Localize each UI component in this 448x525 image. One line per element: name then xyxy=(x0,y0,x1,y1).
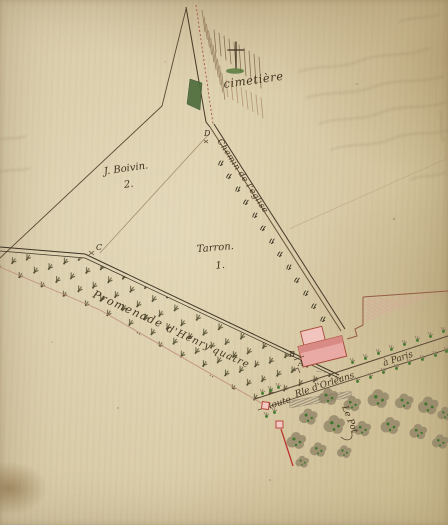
boundary-line-cd xyxy=(100,134,209,253)
upper-roads xyxy=(0,5,213,258)
boundary-stone-1 xyxy=(261,402,269,410)
parcel-1-owner: Tarron. xyxy=(196,241,234,255)
slope-hatching xyxy=(202,10,263,118)
east-wall xyxy=(347,291,448,339)
marker-c: C xyxy=(96,243,102,252)
red-survey-line xyxy=(281,429,293,466)
marker-a: A xyxy=(297,359,304,368)
marker-d: D xyxy=(203,129,211,138)
parcel-1-label: Tarron. 1. xyxy=(196,241,235,273)
map-drawing: cimetière Chemin de l'église xyxy=(0,0,448,525)
promenade-avenue: Promenade d'Henry quatre xyxy=(0,247,341,406)
green-verge xyxy=(187,79,202,110)
parcel-2-number: 2. xyxy=(122,179,134,191)
cemetery-area: cimetière xyxy=(202,10,284,118)
parcels: D C J. Boivin. 2. Tarron. 1. xyxy=(89,129,236,273)
parcel-2-owner: J. Boivin. xyxy=(101,160,149,177)
church-road-label: Chemin de l'église xyxy=(214,137,270,216)
marker-b: B xyxy=(288,350,295,359)
wall-hatch-fan xyxy=(364,295,432,322)
route-label-4: à Paris xyxy=(382,349,415,369)
church-road-tufts xyxy=(217,160,326,322)
parcel-2-label: J. Boivin. 2. xyxy=(101,160,151,193)
manuscript-paper: cimetière Chemin de l'église xyxy=(0,0,448,525)
parcel-1-number: 1. xyxy=(215,260,225,272)
west-road-line xyxy=(0,9,186,258)
boundary-stone-2 xyxy=(276,421,283,428)
marker-d-tick xyxy=(204,140,208,143)
marker-c-tick xyxy=(89,251,94,255)
cross-base-green xyxy=(226,68,244,74)
boundary-to-east xyxy=(289,158,448,229)
